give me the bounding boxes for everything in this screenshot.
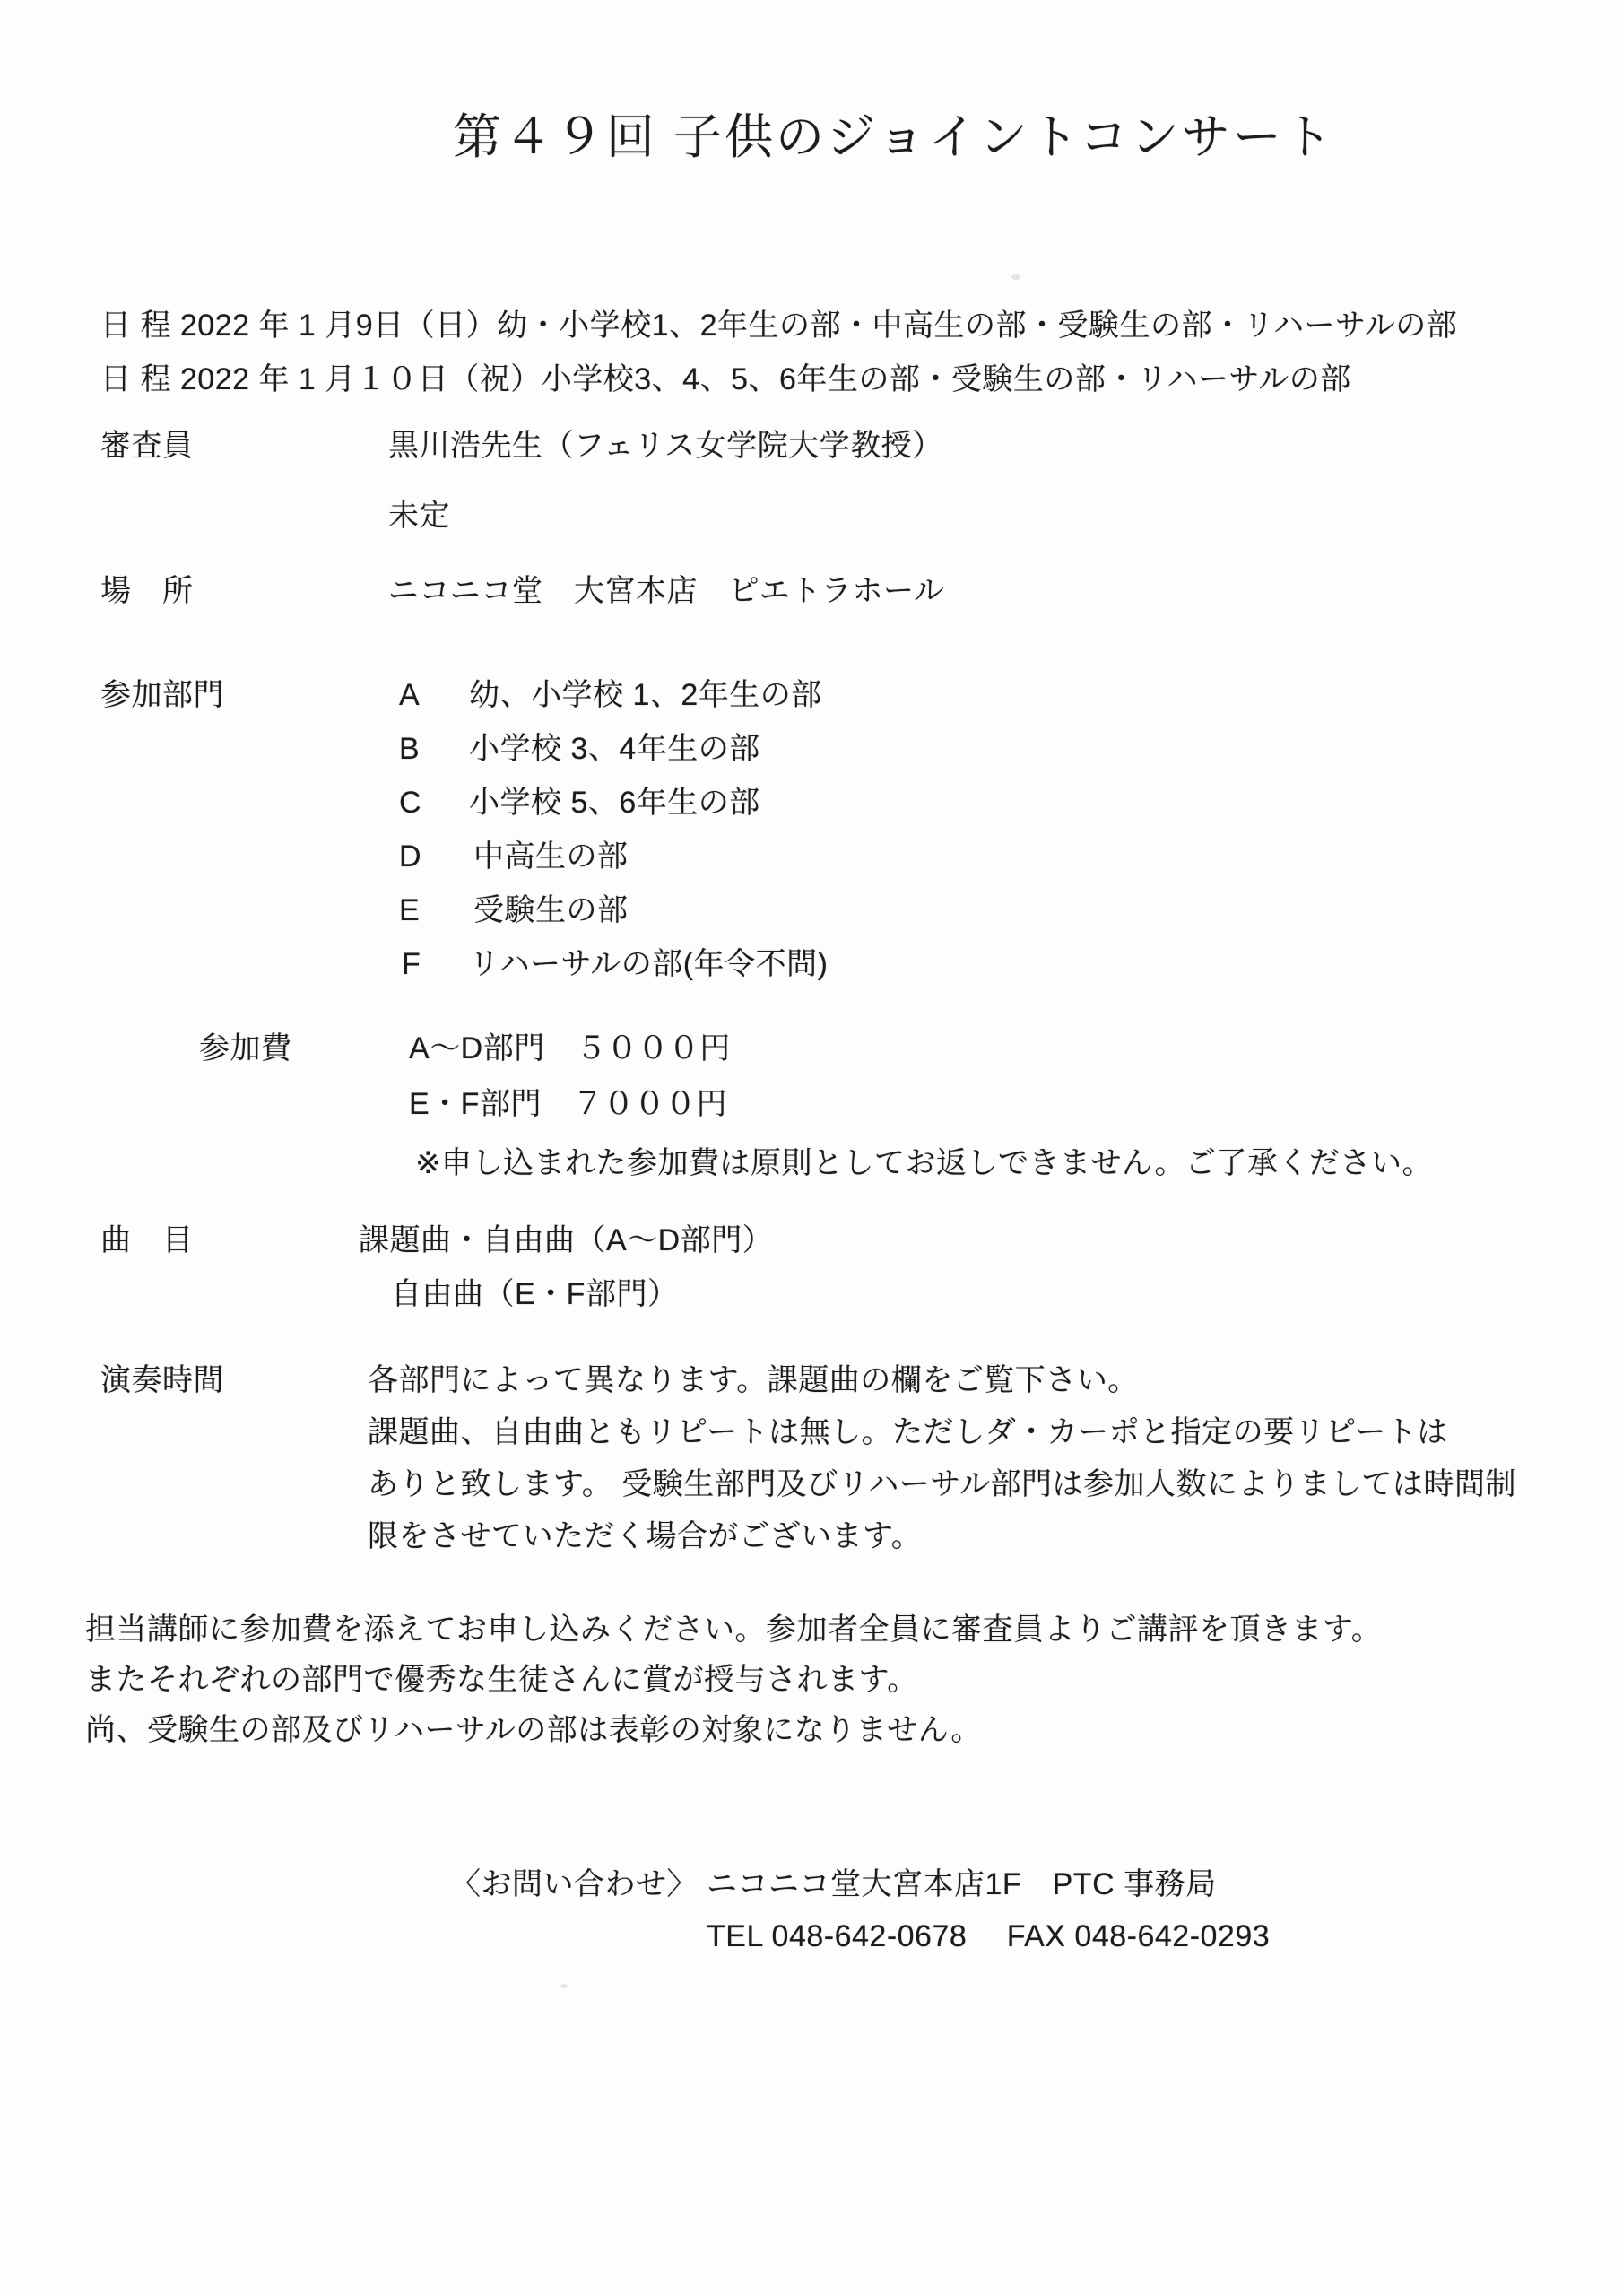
- division-code-f: F: [402, 947, 421, 982]
- division-code-c: C: [399, 786, 421, 821]
- division-desc-b: 小学校 3、4年生の部: [469, 732, 760, 767]
- program-label: 曲 目: [100, 1223, 194, 1258]
- fees-line-2: E・F部門 ７０００円: [409, 1087, 727, 1122]
- divisions-label: 参加部門: [100, 678, 224, 713]
- duration-line-2: 課題曲、自由曲ともリピートは無し。ただしダ・カーポと指定の要リピートは: [368, 1415, 1448, 1450]
- division-code-e: E: [399, 893, 420, 928]
- division-desc-e: 受験生の部: [473, 893, 629, 928]
- fees-line-1: A～D部門 ５０００円: [409, 1031, 731, 1066]
- judges-name: 黒川浩先生（フェリス女学院大学教授）: [388, 429, 943, 464]
- scan-speck: [560, 1984, 568, 1988]
- fees-note: ※申し込まれた参加費は原則としてお返しできません。ご了承ください。: [415, 1146, 1433, 1181]
- notes-line-3: 尚、受験生の部及びリハーサルの部は表彰の対象になりません。: [85, 1713, 982, 1748]
- notes-line-1: 担当講師に参加費を添えてお申し込みください。参加者全員に審査員よりご講評を頂きま…: [85, 1613, 1382, 1648]
- venue-value: ニコニコ堂 大宮本店 ピエトラホール: [388, 574, 944, 609]
- division-desc-c: 小学校 5、6年生の部: [469, 786, 760, 821]
- schedule-line-1: 日 程 2022 年 1 月9日（日）幼・小学校1、2年生の部・中高生の部・受験…: [100, 309, 1457, 344]
- duration-line-1: 各部門によって異なります。課題曲の欄をご覧下さい。: [368, 1363, 1139, 1398]
- venue-label: 場 所: [100, 574, 194, 609]
- contact-line-2: TEL 048-642-0678 FAX 048-642-0293: [707, 1919, 1270, 1954]
- judges-second: 未定: [388, 499, 450, 534]
- division-desc-a: 幼、小学校 1、2年生の部: [469, 678, 822, 713]
- page-title: 第４９回 子供のジョイントコンサート: [453, 109, 1335, 165]
- division-code-d: D: [399, 839, 421, 874]
- program-line-2: 自由曲（E・F部門）: [391, 1277, 678, 1312]
- program-line-1: 課題曲・自由曲（A～D部門）: [359, 1223, 773, 1258]
- division-desc-f: リハーサルの部(年令不問): [469, 947, 828, 982]
- division-desc-d: 中高生の部: [473, 839, 629, 874]
- schedule-line-2: 日 程 2022 年 1 月１０日（祝）小学校3、4、5、6年生の部・受験生の部…: [100, 362, 1351, 397]
- scan-speck: [1011, 274, 1020, 280]
- division-code-b: B: [399, 732, 420, 767]
- contact-line-1: 〈お問い合わせ〉 ニコニコ堂大宮本店1F PTC 事務局: [450, 1867, 1217, 1902]
- duration-label: 演奏時間: [100, 1363, 224, 1398]
- duration-line-3: ありと致します。 受験生部門及びリハーサル部門は参加人数によりましては時間制: [368, 1467, 1516, 1502]
- fees-label: 参加費: [199, 1031, 292, 1066]
- scanned-document-page: 第４９回 子供のジョイントコンサート 日 程 2022 年 1 月9日（日）幼・…: [0, 0, 1623, 2296]
- notes-line-2: またそれぞれの部門で優秀な生徒さんに賞が授与されます。: [85, 1663, 918, 1698]
- division-code-a: A: [399, 678, 420, 713]
- duration-line-4: 限をさせていただく場合がございます。: [368, 1519, 922, 1554]
- judges-label: 審査員: [100, 429, 194, 464]
